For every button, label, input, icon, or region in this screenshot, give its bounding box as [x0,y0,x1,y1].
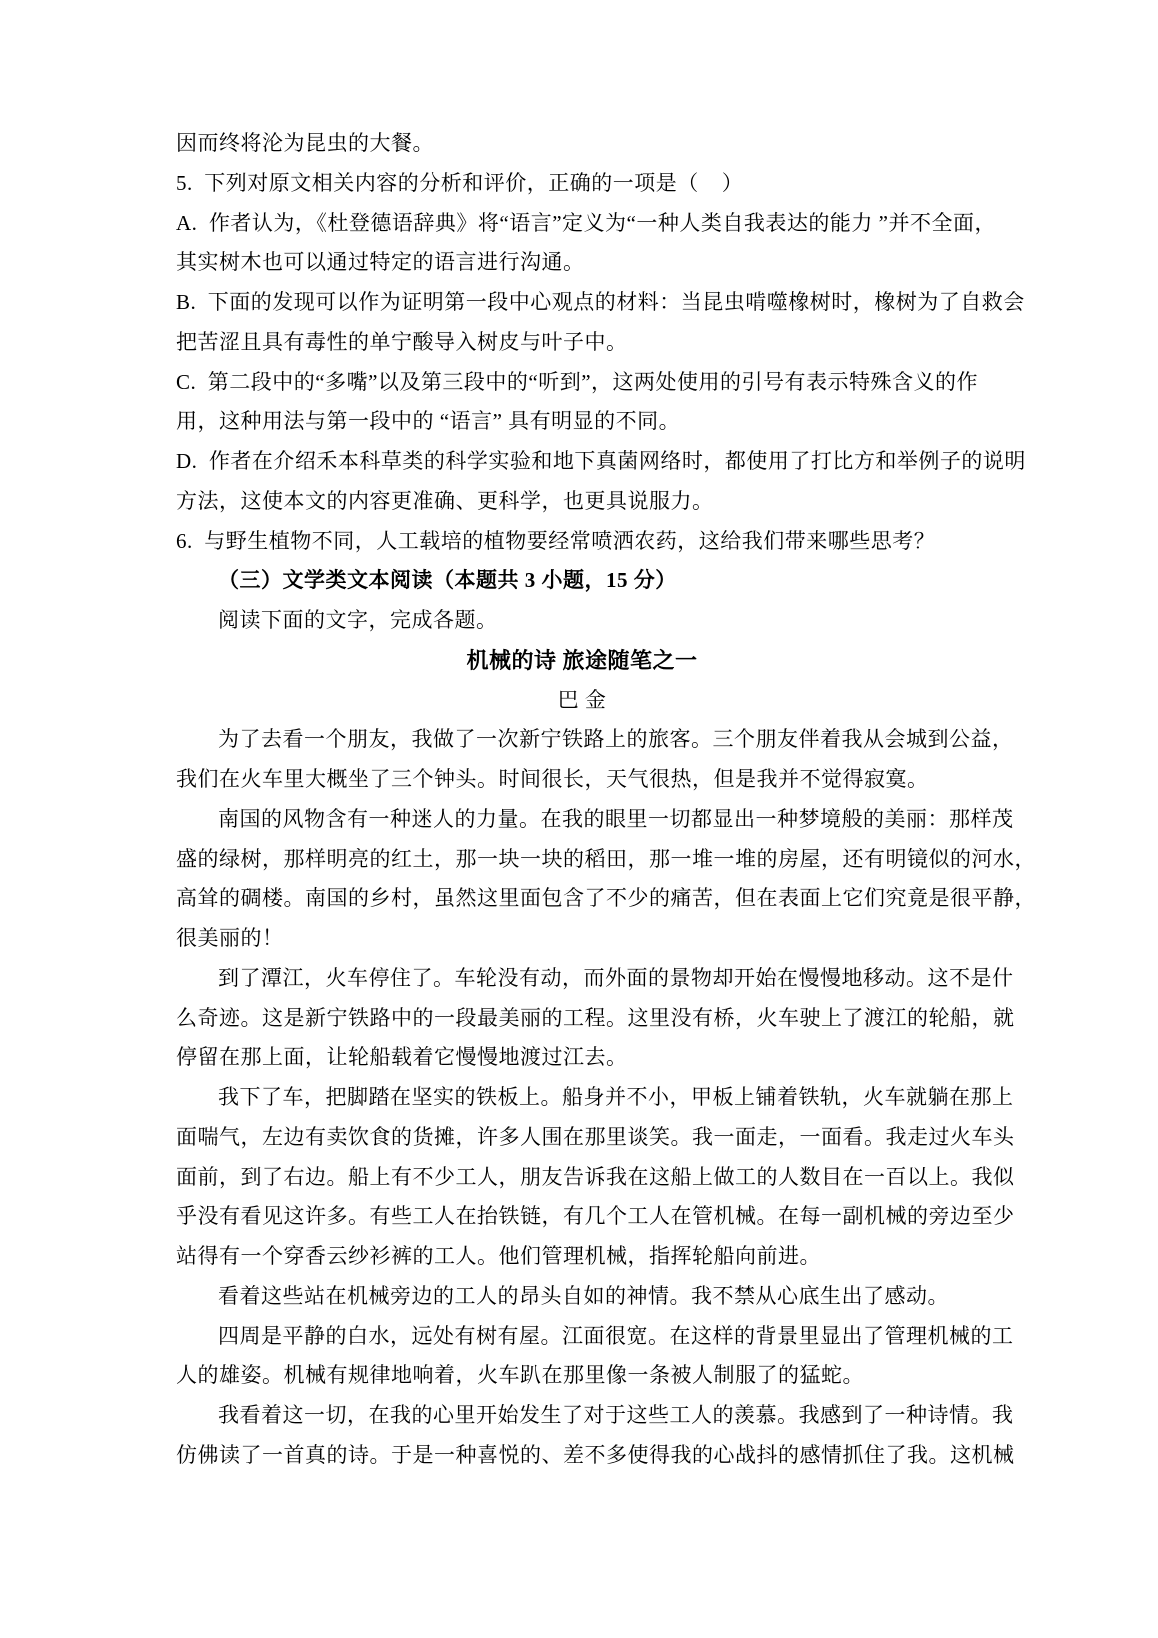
text-line-2: 5. 下列对原文相关内容的分析和评价，正确的一项是（ ） [176,164,988,204]
text-line-32: 人的雄姿。机械有规律地响着，火车趴在那里像一条被人制服了的猛蛇。 [176,1356,988,1396]
passage-author: 巴 金 [176,681,988,721]
text-line-21: 很美丽的！ [176,919,988,959]
text-line-30: 看着这些站在机械旁边的工人的昂头自如的神情。我不禁从心底生出了感动。 [176,1277,988,1317]
text-line-24: 停留在那上面，让轮船载着它慢慢地渡过江去。 [176,1038,988,1078]
text-line-10: 方法，这使本文的内容更准确、更科学，也更具说服力。 [176,482,988,522]
text-line-31: 四周是平静的白水，远处有树有屋。江面很宽。在这样的背景里显出了管理机械的工 [176,1317,988,1357]
text-line-33: 我看着这一切，在我的心里开始发生了对于这些工人的羡慕。我感到了一种诗情。我 [176,1396,988,1436]
text-line-11: 6. 与野生植物不同，人工载培的植物要经常喷洒农药，这给我们带来哪些思考？ [176,522,988,562]
text-line-25: 我下了车，把脚踏在坚实的铁板上。船身并不小，甲板上铺着铁轨，火车就躺在那上 [176,1078,988,1118]
text-line-5: B. 下面的发现可以作为证明第一段中心观点的材料：当昆虫啃噬橡树时，橡树为了自救… [176,283,988,323]
text-line-19: 盛的绿树，那样明亮的红土，那一块一块的稻田，那一堆一堆的房屋，还有明镜似的河水， [176,840,988,880]
text-line-26: 面喘气，左边有卖饮食的货摊，许多人围在那里谈笑。我一面走，一面看。我走过火车头 [176,1118,988,1158]
text-line-34: 仿佛读了一首真的诗。于是一种喜悦的、差不多使得我的心战抖的感情抓住了我。这机械 [176,1436,988,1476]
text-line-1: 因而终将沦为昆虫的大餐。 [176,124,988,164]
text-line-17: 我们在火车里大概坐了三个钟头。时间很长，天气很热，但是我并不觉得寂寞。 [176,760,988,800]
text-line-13: 阅读下面的文字，完成各题。 [176,601,988,641]
text-line-7: C. 第二段中的“多嘴”以及第三段中的“听到”，这两处使用的引号有表示特殊含义的… [176,363,988,403]
text-line-6: 把苦涩且具有毒性的单宁酸导入树皮与叶子中。 [176,323,988,363]
text-line-22: 到了潭江，火车停住了。车轮没有动，而外面的景物却开始在慢慢地移动。这不是什 [176,959,988,999]
text-line-16: 为了去看一个朋友，我做了一次新宁铁路上的旅客。三个朋友伴着我从会城到公益， [176,720,988,760]
text-line-29: 站得有一个穿香云纱衫裤的工人。他们管理机械，指挥轮船向前进。 [176,1237,988,1277]
document-content: 因而终将沦为昆虫的大餐。5. 下列对原文相关内容的分析和评价，正确的一项是（ ）… [176,124,988,1476]
text-line-9: D. 作者在介绍禾本科草类的科学实验和地下真菌网络时，都使用了打比方和举例子的说… [176,442,988,482]
text-line-8: 用，这种用法与第一段中的 “语言” 具有明显的不同。 [176,402,988,442]
text-line-4: 其实树木也可以通过特定的语言进行沟通。 [176,243,988,283]
text-line-28: 乎没有看见这许多。有些工人在抬铁链，有几个工人在管机械。在每一副机械的旁边至少 [176,1197,988,1237]
text-line-27: 面前，到了右边。船上有不少工人，朋友告诉我在这船上做工的人数目在一百以上。我似 [176,1158,988,1198]
text-line-18: 南国的风物含有一种迷人的力量。在我的眼里一切都显出一种梦境般的美丽：那样茂 [176,800,988,840]
text-line-12: （三）文学类文本阅读（本题共 3 小题，15 分） [176,561,988,601]
text-line-20: 高耸的碉楼。南国的乡村，虽然这里面包含了不少的痛苦，但在表面上它们究竟是很平静， [176,879,988,919]
text-line-23: 么奇迹。这是新宁铁路中的一段最美丽的工程。这里没有桥，火车驶上了渡江的轮船，就 [176,999,988,1039]
text-line-3: A. 作者认为，《杜登德语辞典》将“语言”定义为“一种人类自我表达的能力 ”并不… [176,204,988,244]
passage-title: 机械的诗 旅途随笔之一 [176,641,988,681]
document-page: 因而终将沦为昆虫的大餐。5. 下列对原文相关内容的分析和评价，正确的一项是（ ）… [0,0,1158,1638]
